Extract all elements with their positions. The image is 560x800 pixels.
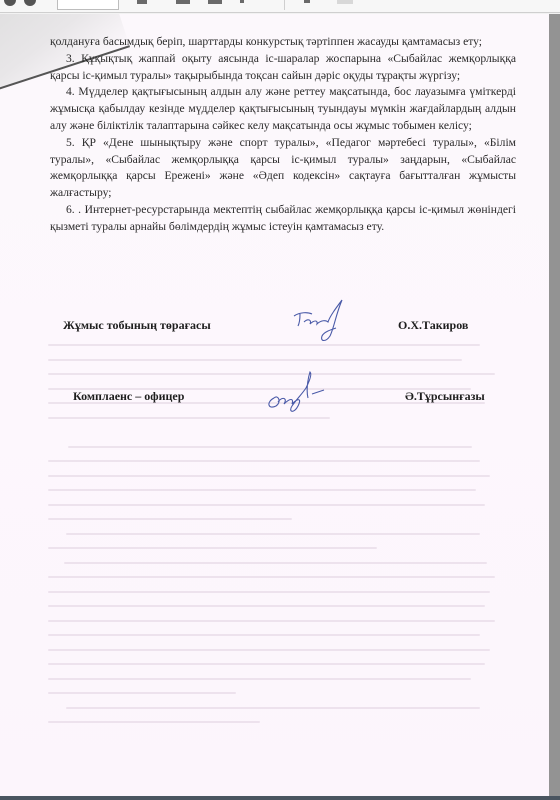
- toolbar-separator: [284, 0, 285, 10]
- paragraph-item-6: 6. . Интернет-ресурстарында мектептің сы…: [50, 202, 516, 236]
- highlight-icon[interactable]: [337, 0, 353, 4]
- back-icon[interactable]: [4, 0, 16, 6]
- signatory-title: Жұмыс тобының төрағасы: [63, 318, 211, 333]
- signatory-name: О.Х.Такиров: [398, 318, 468, 333]
- page-layout-icon[interactable]: [176, 0, 190, 4]
- signature-block-chair: Жұмыс тобының төрағасы О.Х.Такиров: [0, 304, 549, 344]
- page-number-input[interactable]: [57, 0, 119, 10]
- page-layout-alt-icon[interactable]: [208, 0, 222, 4]
- paragraph-item-5: 5. ҚР «Дене шынықтыру және спорт туралы»…: [50, 135, 516, 202]
- paragraph-item-3: 3. Құқықтық жаппай оқыту аясында іс-шара…: [50, 51, 516, 85]
- scrollbar-thumb[interactable]: [549, 14, 560, 796]
- signatory-title: Комплаенс – офицер: [73, 389, 184, 404]
- signatory-name: Ә.Тұрсынғазы: [405, 389, 485, 404]
- vertical-scrollbar[interactable]: [549, 14, 560, 796]
- paragraph-item-4: 4. Мүдделер қақтығысының алдын алу және …: [50, 84, 516, 134]
- signature-block-compliance: Комплаенс – офицер Ә.Тұрсынғазы: [0, 374, 549, 414]
- window-bottom-edge: [0, 796, 560, 800]
- paragraph-continuation: қолдануға басымдық беріп, шарттарды конк…: [50, 34, 516, 51]
- document-viewer: қолдануға басымдық беріп, шарттарды конк…: [0, 14, 560, 796]
- dropdown-icon[interactable]: [240, 0, 244, 3]
- handwritten-signature-icon: [262, 368, 334, 416]
- scanned-page: қолдануға басымдық беріп, шарттарды конк…: [0, 14, 549, 796]
- handwritten-signature-icon: [290, 298, 360, 346]
- document-body: қолдануға басымдық беріп, шарттарды конк…: [50, 34, 516, 236]
- viewer-toolbar: [0, 0, 560, 13]
- forward-icon[interactable]: [24, 0, 36, 6]
- pen-icon[interactable]: [304, 0, 310, 3]
- fit-page-icon[interactable]: [137, 0, 147, 4]
